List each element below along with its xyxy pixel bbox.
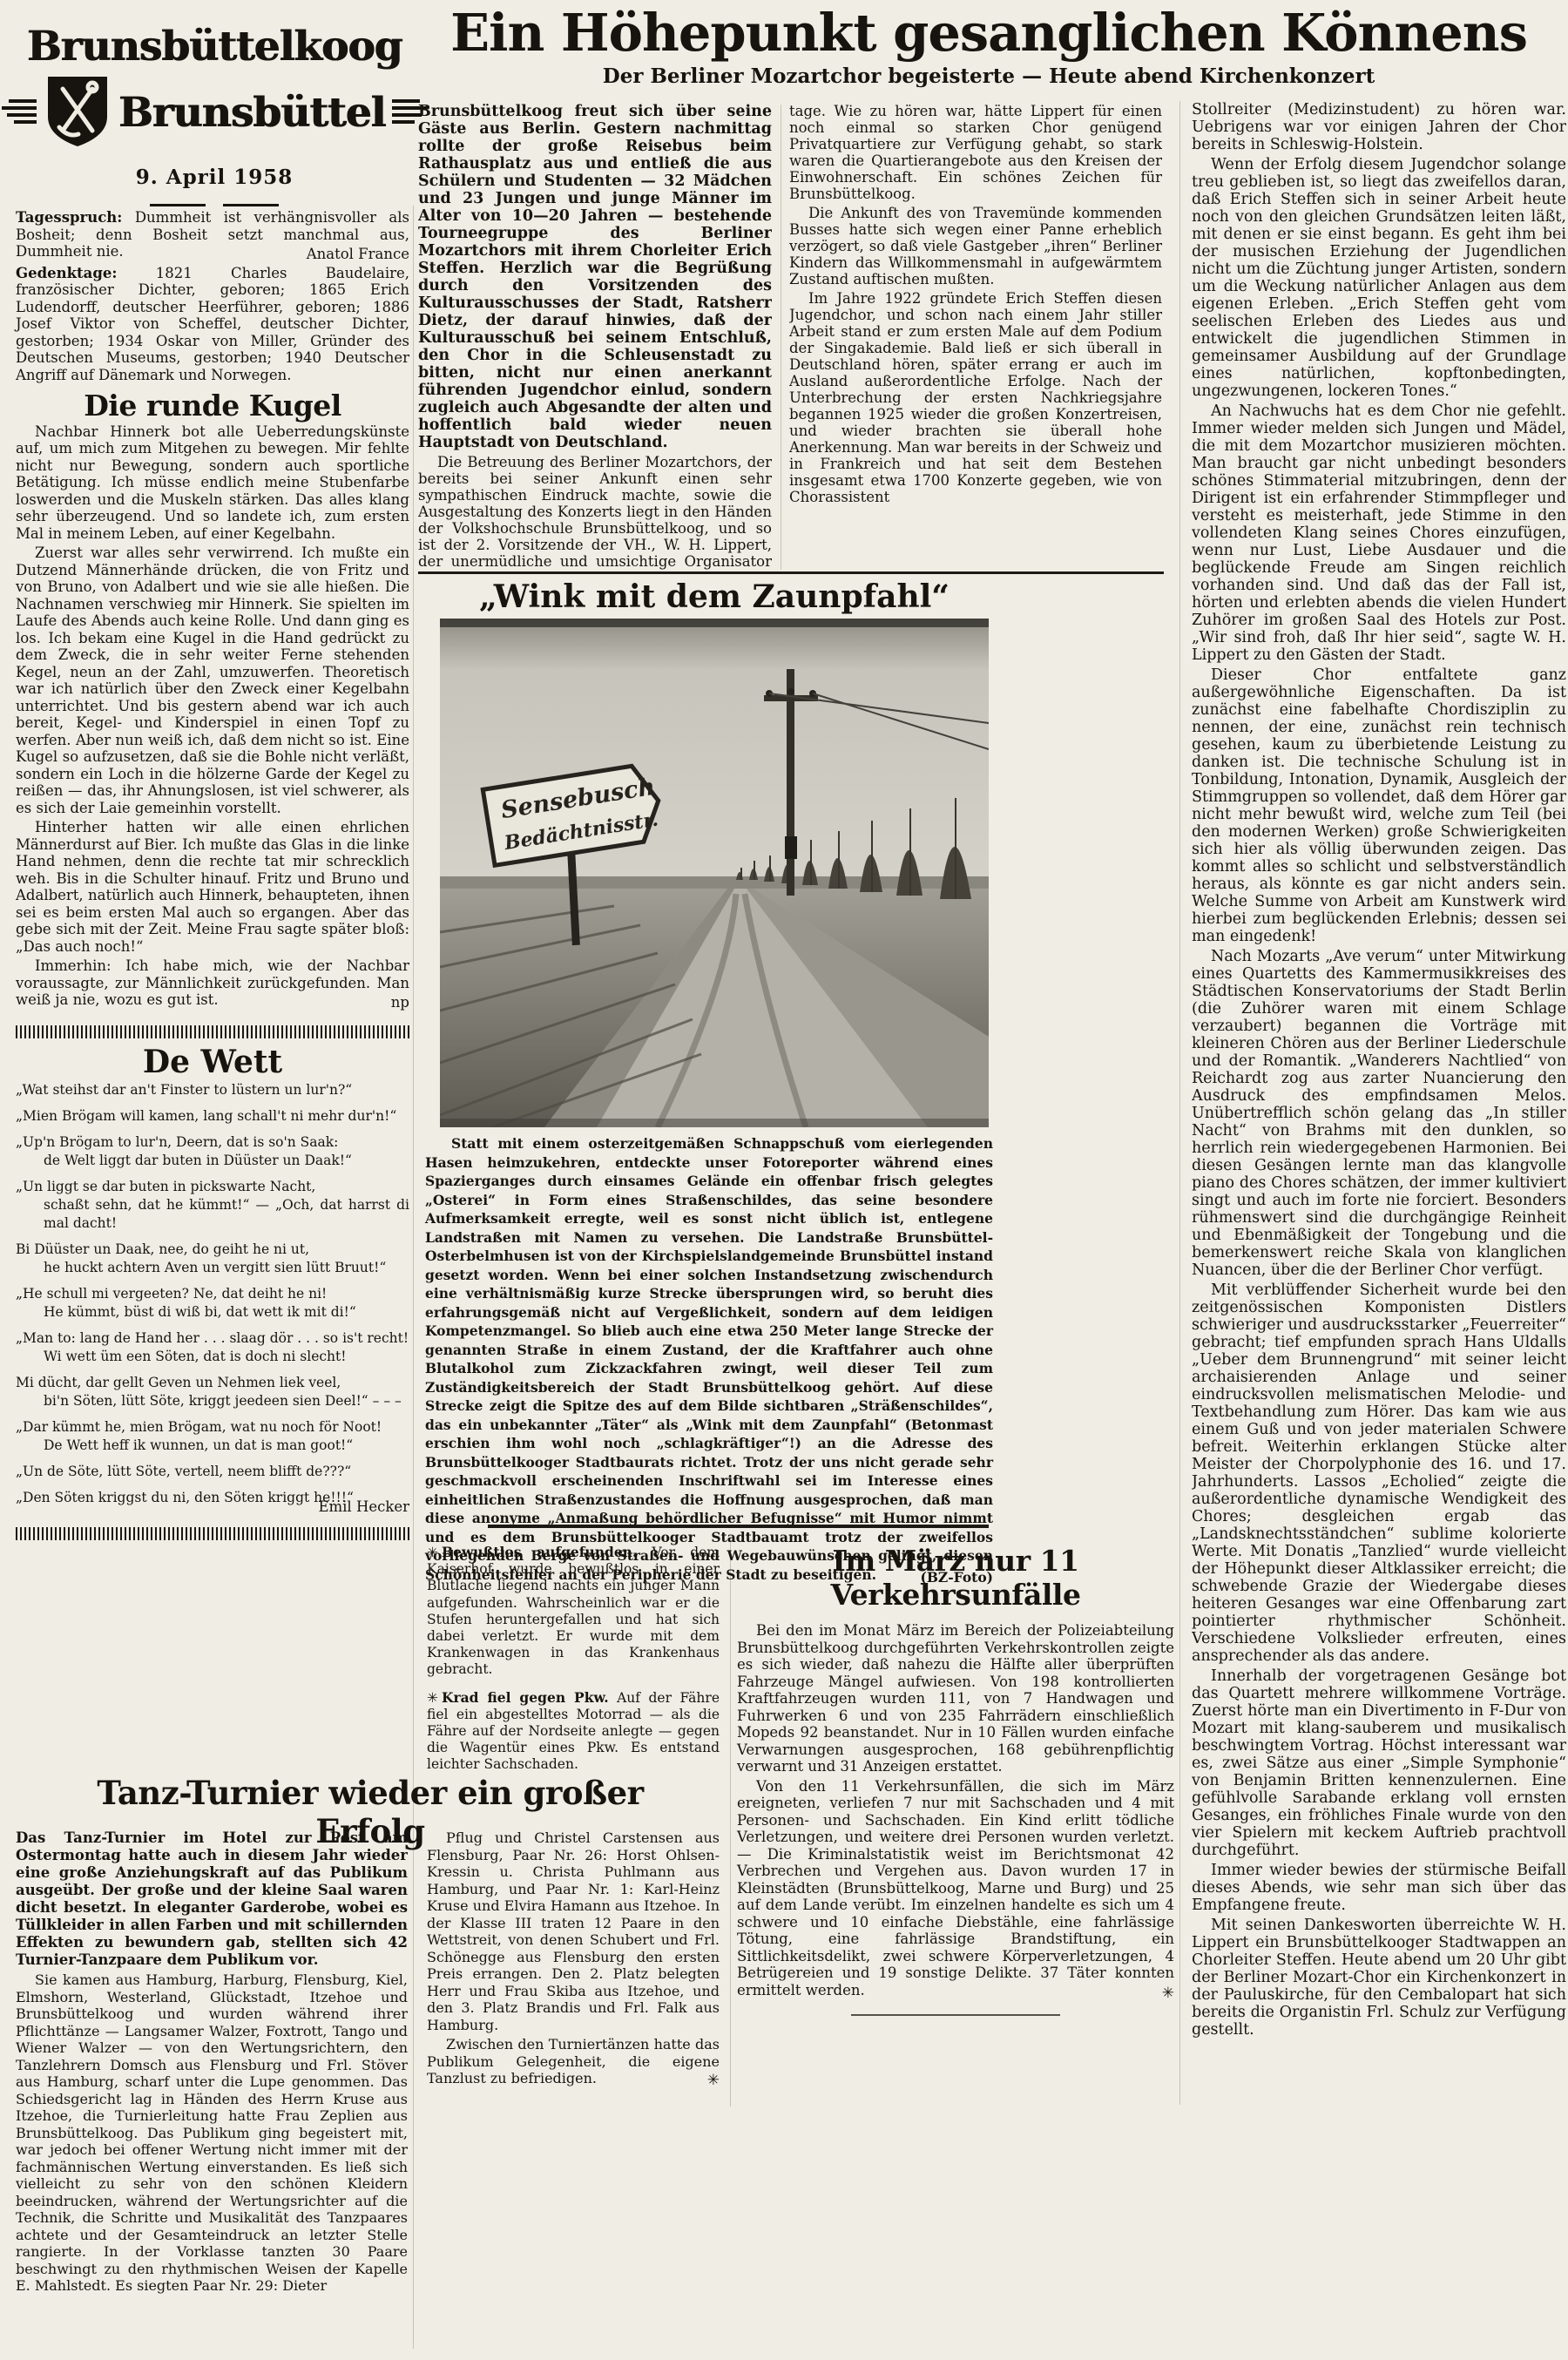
verkehr-article: Im März nur 11 Verkehrsunfälle Bei den i… [737, 1544, 1174, 2016]
article-column-right: Stollreiter (Medizinstudent) zu hören wa… [1192, 101, 1566, 2098]
paragraph: Dieser Chor entfaltete ganz außergewöhnl… [1192, 666, 1566, 945]
masthead-title-line1: Brunsbüttelkoog [19, 26, 409, 68]
verkehr-headline: Im März nur 11 Verkehrsunfälle [737, 1544, 1174, 1612]
paragraph: tage. Wie zu hören war, hätte Lippert fü… [789, 103, 1162, 202]
gedenktage-label: Gedenktage: [16, 265, 118, 281]
decorative-rule [16, 1527, 409, 1540]
column-divider [781, 105, 781, 570]
tanz-column-1: Das Tanz-Turnier im Hotel zur Post am Os… [16, 1829, 408, 2356]
brief-text: Vor dem Kaiserhof wurde bewußtlos in ein… [427, 1545, 720, 1677]
article-column-lead: Brunsbüttelkoog freut sich über seine Gä… [418, 103, 772, 571]
paragraph: Zuerst war alles sehr verwirrend. Ich mu… [16, 544, 409, 816]
news-briefs: ✳Bewußtlos aufgefunden. Vor dem Kaiserho… [427, 1544, 720, 1784]
photo-headline: „Wink mit dem Zaunpfahl“ [440, 578, 989, 615]
column-divider [1179, 101, 1180, 2105]
paragraph: „Mien Brögam will kamen, lang schall't n… [16, 1107, 409, 1126]
paragraph: Wenn der Erfolg diesem Jugendchor solang… [1192, 156, 1566, 400]
runde-kugel-body: Nachbar Hinnerk bot alle Ueberredungskün… [16, 423, 409, 1009]
column-divider [730, 1538, 731, 2106]
paragraph: Nach Mozarts „Ave verum“ unter Mitwirkun… [1192, 948, 1566, 1279]
paragraph: Bi Düüster un Daak, nee, do geiht he ni … [16, 1241, 409, 1277]
lead-paragraph: Brunsbüttelkoog freut sich über seine Gä… [418, 103, 772, 451]
paragraph: An Nachwuchs hat es dem Chor nie gefehlt… [1192, 402, 1566, 664]
paragraph: Im Jahre 1922 gründete Erich Steffen die… [789, 290, 1162, 505]
paragraph: Stollreiter (Medizinstudent) zu hören wa… [1192, 101, 1566, 153]
masthead: Brunsbüttelkoog [19, 26, 409, 213]
paragraph: Die Ankunft des von Travemünde kommenden… [789, 205, 1162, 287]
paragraph: „Un liggt se dar buten in pickswarte Nac… [16, 1178, 409, 1233]
paragraph: Nachbar Hinnerk bot alle Ueberredungskün… [16, 423, 409, 543]
runde-kugel-headline: Die runde Kugel [16, 397, 409, 415]
newspaper-page: { "masthead": { "title_line1": "Brunsbüt… [0, 0, 1568, 2360]
brief-title: Bewußtlos aufgefunden. [442, 1544, 637, 1560]
edition-date: 9. April 1958 [19, 166, 409, 189]
paragraph: Immer wieder bewies der stürmische Beifa… [1192, 1862, 1566, 1914]
paragraph: „Man to: lang de Hand her . . . slaag dö… [16, 1329, 409, 1366]
paragraph: Mi dücht, dar gellt Geven un Nehmen liek… [16, 1374, 409, 1410]
de-wett-headline: De Wett [16, 1054, 409, 1072]
paragraph: Mit seinen Dankesworten überreichte W. H… [1192, 1917, 1566, 2039]
decorative-rule [16, 1025, 409, 1038]
paragraph: Hinterher hatten wir alle einen ehrliche… [16, 819, 409, 955]
star-icon: ✳ [427, 1545, 438, 1560]
end-rule [851, 2014, 1060, 2016]
tagesspruch-label: Tagesspruch: [16, 209, 122, 226]
photo-caption: Statt mit einem osterzeitgemäßen Schnapp… [425, 1134, 993, 1586]
paragraph: „Up'n Brögam to lur'n, Deern, dat is so'… [16, 1133, 409, 1170]
city-crest-shield-icon [44, 73, 112, 153]
brief-title: Krad fiel gegen Pkw. [442, 1689, 609, 1706]
paragraph: Innerhalb der vorgetragenen Gesänge bot … [1192, 1667, 1566, 1859]
speed-lines-left-icon [0, 97, 37, 130]
paragraph: „Dar kümmt he, mien Brögam, wat nu noch … [16, 1418, 409, 1455]
paragraph: Pflug und Christel Carstensen aus Flensb… [427, 1829, 720, 2033]
paragraph: „Wat steihst dar an't Finster to lüstern… [16, 1081, 409, 1099]
star-icon: ✳ [427, 1690, 438, 1706]
brief-bewusstlos: ✳Bewußtlos aufgefunden. Vor dem Kaiserho… [427, 1544, 720, 1679]
tanz-column-2: Pflug und Christel Carstensen aus Flensb… [427, 1829, 720, 2090]
paragraph: „He schull mi vergeeten? Ne, dat deiht h… [16, 1285, 409, 1322]
article-column-2: tage. Wie zu hören war, hätte Lippert fü… [789, 103, 1162, 571]
brief-krad: ✳Krad fiel gegen Pkw. Auf der Fähre fiel… [427, 1689, 720, 1774]
paragraph: „Un de Söte, lütt Söte, vertell, neem bl… [16, 1463, 409, 1481]
gedenktage: Gedenktage: 1821 Charles Baudelaire, fra… [16, 265, 409, 384]
section-rule [418, 571, 1164, 574]
column-divider [413, 206, 414, 2349]
caption-rule [488, 1525, 989, 1528]
tanz-column-2-body: Pflug und Christel Carstensen aus Flensb… [427, 1829, 720, 2087]
road-sign-photo: Sensebusch Bedächtnisstr. [440, 619, 989, 1127]
de-wett-poem: „Wat steihst dar an't Finster to lüstern… [16, 1081, 409, 1507]
tanz-paragraph: Sie kamen aus Hamburg, Harburg, Flensbur… [16, 1971, 408, 2295]
tanz-lead: Das Tanz-Turnier im Hotel zur Post am Os… [16, 1829, 408, 1969]
lead-column-paragraph-2: Die Betreuung des Berliner Mozartchors, … [418, 454, 772, 571]
paragraph: Bei den im Monat März im Bereich der Pol… [737, 1622, 1174, 1775]
masthead-title-line2: Brunsbüttel [118, 92, 386, 134]
paragraph: Mit verblüffender Sicherheit wurde bei d… [1192, 1281, 1566, 1665]
caption-text: Statt mit einem osterzeitgemäßen Schnapp… [425, 1134, 993, 1584]
left-column: Tagesspruch: Dummheit ist verhängnisvoll… [16, 209, 409, 1540]
main-subhead: Der Berliner Mozartchor begeisterte — He… [409, 64, 1568, 88]
main-headline: Ein Höhepunkt gesanglichen Könnens [409, 7, 1568, 58]
verkehr-body: Bei den im Monat März im Bereich der Pol… [737, 1622, 1174, 1998]
paragraph: Von den 11 Verkehrsunfällen, die sich im… [737, 1778, 1174, 1999]
gedenktage-text: 1821 Charles Baudelaire, französischer D… [16, 265, 409, 383]
